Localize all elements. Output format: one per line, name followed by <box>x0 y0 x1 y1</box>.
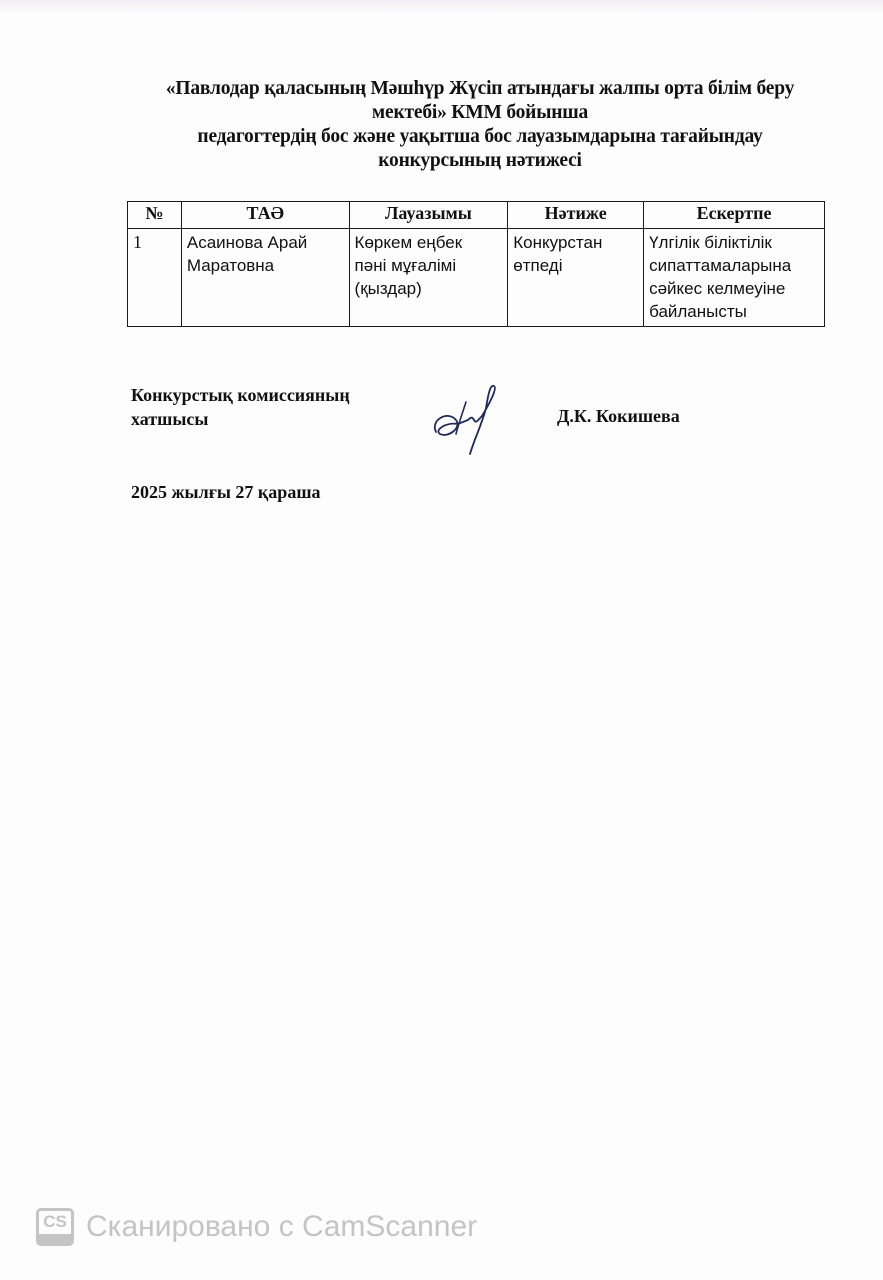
signatory-name: Д.К. Кокишева <box>557 406 680 427</box>
header-number: № <box>128 202 182 229</box>
header-position: Лауазымы <box>349 202 508 229</box>
title-line: педагогтердің бос және уақытша бос лауаз… <box>100 125 860 149</box>
cell-result: Конкурстан өтпеді <box>508 229 644 327</box>
cell-line: өтпеді <box>513 254 638 277</box>
cell-note: Үлгілік біліктілік сипаттамаларына сәйке… <box>644 229 825 327</box>
title-line: «Павлодар қаласының Мәшһүр Жүсіп атындағ… <box>100 77 860 101</box>
cell-line: Конкурстан <box>513 231 638 254</box>
watermark-text: Сканировано с CamScanner <box>86 1210 477 1244</box>
document-title: «Павлодар қаласының Мәшһүр Жүсіп атындағ… <box>100 77 860 173</box>
role-line: хатшысы <box>131 407 350 431</box>
signatory-role: Конкурстық комиссияның хатшысы <box>131 383 350 431</box>
cell-line: Көркем еңбек <box>355 231 503 254</box>
cell-line: сипаттамаларына <box>649 254 819 277</box>
table-header-row: № ТАӘ Лауазымы Нәтиже Ескертпе <box>128 202 825 229</box>
cell-number: 1 <box>128 229 182 327</box>
cell-line: Асаинова Арай <box>187 231 344 254</box>
cell-line: (қыздар) <box>355 277 503 300</box>
document-date: 2025 жылғы 27 қараша <box>131 482 321 503</box>
header-full-name: ТАӘ <box>181 202 349 229</box>
header-result: Нәтиже <box>508 202 644 229</box>
role-line: Конкурстық комиссияның <box>131 383 350 407</box>
cell-position: Көркем еңбек пәні мұғалімі (қыздар) <box>349 229 508 327</box>
signature-icon <box>428 380 508 460</box>
cell-line: пәні мұғалімі <box>355 254 503 277</box>
cell-line: Үлгілік біліктілік <box>649 231 819 254</box>
camscanner-watermark: CS Сканировано с CamScanner <box>36 1208 477 1246</box>
table-row: 1 Асаинова Арай Маратовна Көркем еңбек п… <box>128 229 825 327</box>
camscanner-logo-icon: CS <box>36 1208 74 1246</box>
results-table: № ТАӘ Лауазымы Нәтиже Ескертпе 1 Асаинов… <box>127 201 825 327</box>
cell-full-name: Асаинова Арай Маратовна <box>181 229 349 327</box>
scan-edge <box>0 0 883 14</box>
title-line: мектебі» КММ бойынша <box>100 101 860 125</box>
title-line: конкурсының нәтижесі <box>100 149 860 173</box>
cell-line: Маратовна <box>187 254 344 277</box>
header-note: Ескертпе <box>644 202 825 229</box>
cell-line: сәйкес келмеуіне <box>649 277 819 300</box>
cell-line: байланысты <box>649 300 819 323</box>
